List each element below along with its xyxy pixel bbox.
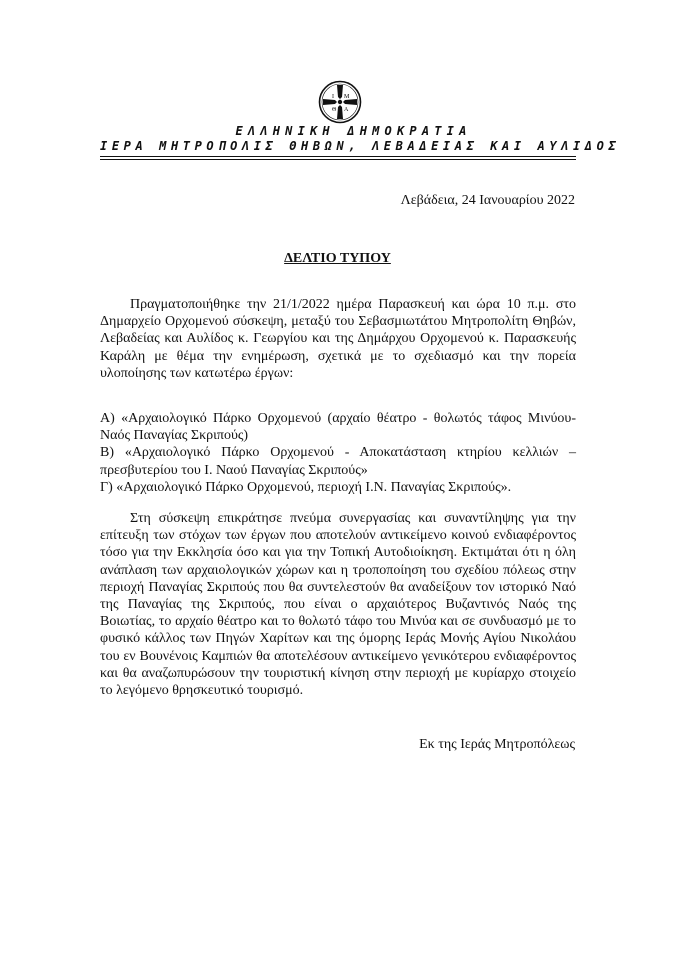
metropolis-seal-icon: Ι Μ Θ Α [318,80,362,124]
project-item: Β) «Αρχαιολογικό Πάρκο Ορχομενού - Αποκα… [100,444,576,478]
project-item: Γ) «Αρχαιολογικό Πάρκο Ορχομενού, περιοχ… [100,479,576,496]
letterhead-rule [100,156,576,157]
press-release-page: Ι Μ Θ Α ΕΛΛΗΝΙΚΗ ΔΗΜΟΚΡΑΤΙΑ ΙΕΡΑ ΜΗΤΡΟΠΟ… [0,0,675,955]
body-paragraph-1: Πραγματοποιήθηκε την 21/1/2022 ημέρα Παρ… [100,296,576,382]
signature-line: Εκ της Ιεράς Μητροπόλεως [419,736,575,753]
svg-text:Θ: Θ [332,107,337,113]
date-line: Λεβάδεια, 24 Ιανουαρίου 2022 [401,192,575,209]
letterhead-metropolis: ΙΕΡΑ ΜΗΤΡΟΠΟΛΙΣ ΘΗΒΩΝ, ΛΕΒΑΔΕΙΑΣ ΚΑΙ ΑΥΛ… [100,139,580,153]
svg-text:Μ: Μ [344,94,350,100]
svg-text:Ι: Ι [332,94,334,100]
document-title: ΔΕΛΤΙΟ ΤΥΠΟΥ [0,250,675,267]
letterhead-country: ΕΛΛΗΝΙΚΗ ΔΗΜΟΚΡΑΤΙΑ [0,124,675,138]
project-item: Α) «Αρχαιολογικό Πάρκο Ορχομενού (αρχαίο… [100,410,576,444]
letterhead-rule-thin [100,159,576,160]
body-paragraph-2: Στη σύσκεψη επικράτησε πνεύμα συνεργασία… [100,510,576,699]
svg-text:Α: Α [344,107,349,113]
project-list: Α) «Αρχαιολογικό Πάρκο Ορχομενού (αρχαίο… [100,410,576,496]
